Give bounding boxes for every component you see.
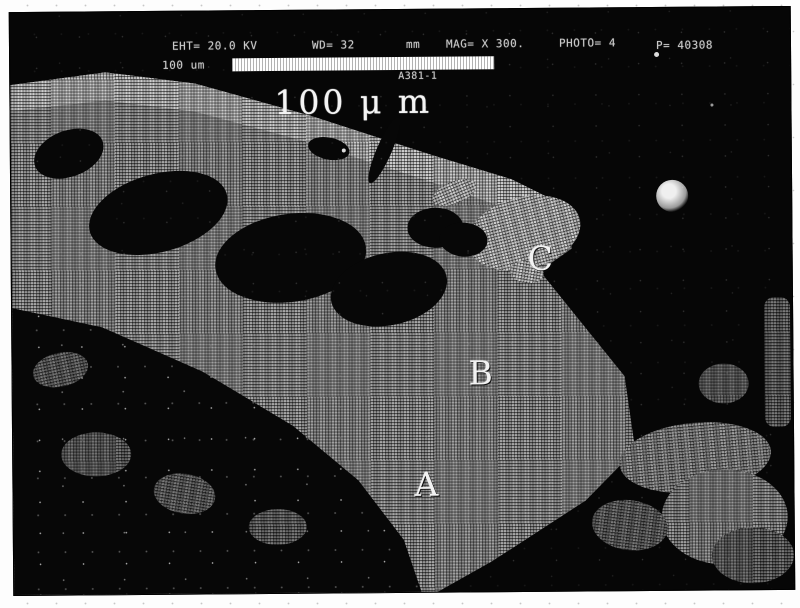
- bright-particle: [656, 180, 688, 212]
- edge-strip: [764, 297, 791, 427]
- scanned-page: EHT= 20.0 KV WD= 32 mm MAG= X 300. PHOTO…: [0, 0, 800, 608]
- wd-readout: WD= 32: [312, 38, 355, 51]
- bright-speck: [654, 52, 659, 57]
- photo-number: PHOTO= 4: [559, 36, 616, 49]
- scalebar-label-small: 100 um: [162, 59, 205, 72]
- sample-id: A381-1: [398, 71, 437, 82]
- texture-patch: [589, 495, 671, 555]
- bright-speck: [342, 148, 346, 152]
- mag-readout: MAG= X 300.: [446, 37, 524, 51]
- bright-speck: [710, 104, 713, 107]
- scale-bar: [232, 56, 494, 71]
- wd-unit: mm: [406, 38, 420, 51]
- scalebar-label-large: 100 μ m: [274, 82, 432, 122]
- annotation-c: C: [528, 239, 554, 278]
- annotation-a: A: [414, 465, 438, 504]
- texture-patch: [712, 527, 794, 584]
- sem-micrograph: EHT= 20.0 KV WD= 32 mm MAG= X 300. PHOTO…: [9, 6, 796, 596]
- texture-patch: [699, 363, 749, 403]
- film-number: P= 40308: [656, 39, 713, 52]
- annotation-b: B: [468, 353, 493, 392]
- eht-readout: EHT= 20.0 KV: [172, 39, 258, 53]
